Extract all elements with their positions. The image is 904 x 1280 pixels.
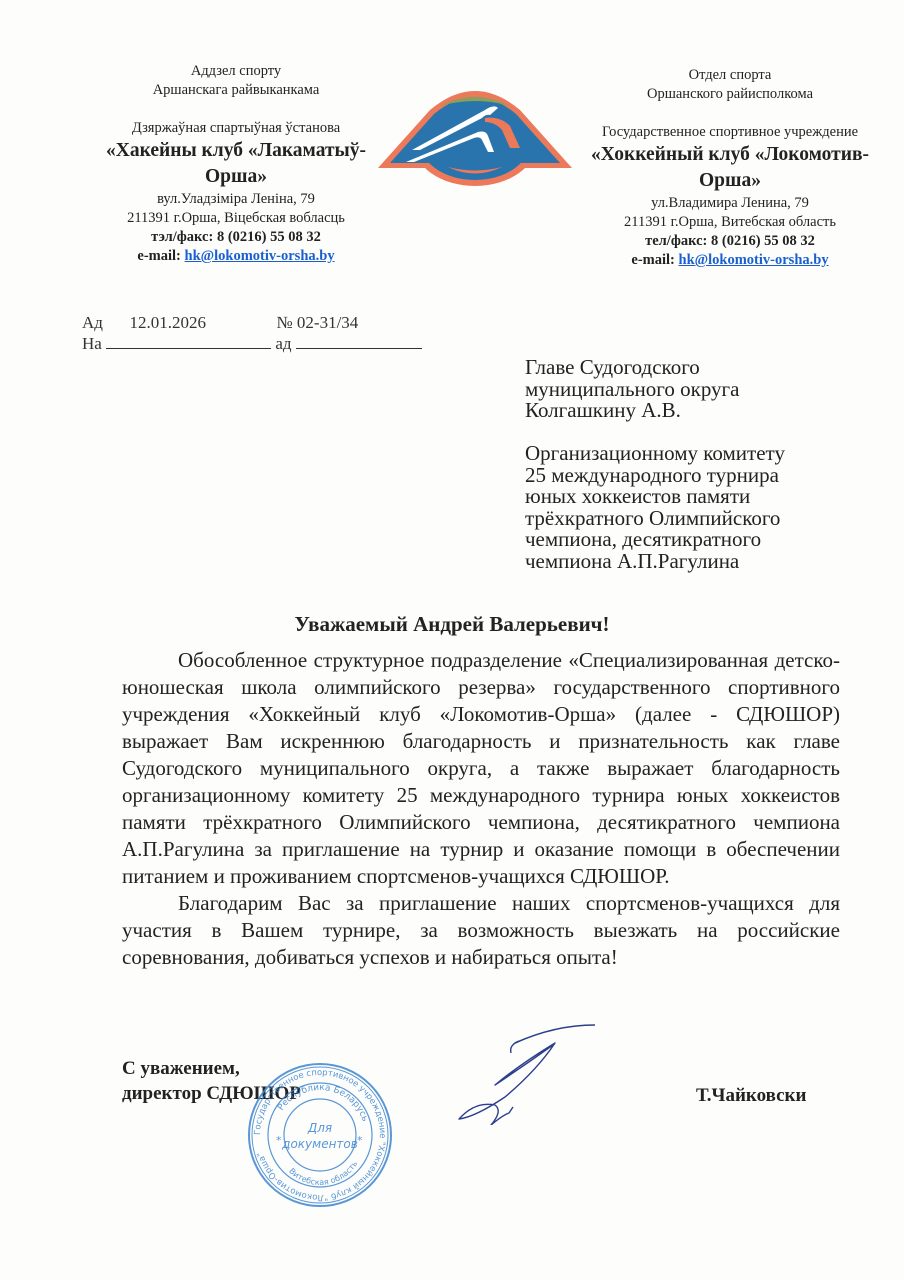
handwritten-signature-icon <box>445 1015 605 1125</box>
body-paragraph: Обособленное структурное подразделение «… <box>122 647 840 890</box>
institution-type: Государственное спортивное учреждение <box>580 123 880 142</box>
addressee-block: Главе Судогодского муниципального округа… <box>525 357 855 572</box>
registration-row-outgoing: Ад 12.01.2026 № 02-31/34 <box>82 312 422 333</box>
recipient-line: муниципального округа <box>525 379 855 401</box>
blank-line <box>106 334 271 349</box>
svg-text:*: * <box>357 1134 363 1147</box>
svg-text:Для: Для <box>307 1121 332 1135</box>
svg-text:документов: документов <box>281 1137 358 1151</box>
official-stamp-icon: Государственное спортивное учреждение "Х… <box>245 1060 395 1210</box>
signer-name: Т.Чайковски <box>696 1085 806 1107</box>
org-name-line1: «Хакейны клуб «Лакаматыў- <box>86 138 386 164</box>
org-name-line2: Орша» <box>86 164 386 190</box>
svg-text:*: * <box>276 1134 282 1147</box>
letter-date: 12.01.2026 <box>129 313 206 332</box>
email-line: e-mail: hk@lokomotiv-orsha.by <box>86 247 386 266</box>
letter-body: Обособленное структурное подразделение «… <box>122 647 840 971</box>
blank-line <box>296 334 422 349</box>
to-label: На <box>82 334 102 353</box>
salutation: Уважаемый Андрей Валерьевич! <box>0 612 904 637</box>
email-label: e-mail: <box>631 252 674 268</box>
dept-line1: Отдел спорта <box>580 66 880 85</box>
letterhead-right: Отдел спорта Оршанского райисполкома Гос… <box>580 66 880 270</box>
phone-number: 8 (0216) 55 08 32 <box>711 233 815 249</box>
recipient-line: трёхкратного Олимпийского <box>525 508 855 530</box>
letter-number: 02-31/34 <box>297 313 358 332</box>
email-line: e-mail: hk@lokomotiv-orsha.by <box>580 251 880 270</box>
recipient-line: Главе Судогодского <box>525 357 855 379</box>
dept-line2: Аршанскага райвыканкама <box>86 81 386 100</box>
email-link[interactable]: hk@lokomotiv-orsha.by <box>185 248 335 264</box>
org-name-line1: «Хоккейный клуб «Локомотив- <box>580 142 880 168</box>
city-address: 211391 г.Орша, Віцебская вобласць <box>86 209 386 228</box>
dept-line1: Аддзел спорту <box>86 62 386 81</box>
street-address: вул.Уладзіміра Леніна, 79 <box>86 190 386 209</box>
phone-number: 8 (0216) 55 08 32 <box>217 229 321 245</box>
phone-label: тел/факс: <box>645 233 707 249</box>
dept-line2: Оршанского райисполкома <box>580 85 880 104</box>
recipient-line: юных хоккеистов памяти <box>525 486 855 508</box>
institution-type: Дзяржаўная спартыўная ўстанова <box>86 119 386 138</box>
number-label: № <box>276 313 292 332</box>
street-address: ул.Владимира Ленина, 79 <box>580 194 880 213</box>
body-paragraph: Благодарим Вас за приглашение наших спор… <box>122 890 840 971</box>
email-label: e-mail: <box>137 248 180 264</box>
recipient-line: чемпиона, десятикратного <box>525 529 855 551</box>
registration-row-incoming: На ад <box>82 333 422 354</box>
letterhead-left: Аддзел спорту Аршанскага райвыканкама Дз… <box>86 62 386 266</box>
recipient-line: 25 международного турнира <box>525 465 855 487</box>
recipient-line: чемпиона А.П.Рагулина <box>525 551 855 573</box>
phone-line: тел/факс: 8 (0216) 55 08 32 <box>580 232 880 251</box>
registration-block: Ад 12.01.2026 № 02-31/34 На ад <box>82 312 422 354</box>
phone-label: тэл/факс: <box>151 229 213 245</box>
ref-label: ад <box>275 334 291 353</box>
from-label: Ад <box>82 313 103 332</box>
recipient-line: Колгашкину А.В. <box>525 400 855 422</box>
city-address: 211391 г.Орша, Витебская область <box>580 213 880 232</box>
phone-line: тэл/факс: 8 (0216) 55 08 32 <box>86 228 386 247</box>
hockey-club-logo-icon <box>370 70 580 190</box>
email-link[interactable]: hk@lokomotiv-orsha.by <box>679 252 829 268</box>
org-name-line2: Орша» <box>580 168 880 194</box>
recipient-line: Организационному комитету <box>525 443 855 465</box>
